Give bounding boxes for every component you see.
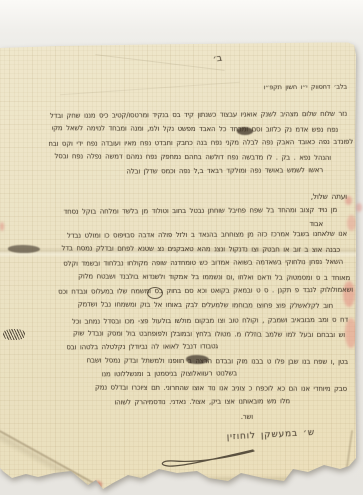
- crossed-out-scribble: [3, 329, 25, 340]
- handwriting-line: אבוד: [295, 219, 323, 229]
- right-edge-fold-crease: [345, 430, 353, 475]
- handwriting-line: והנהל נפא . בק . לו מדבשה נפח דולשה בחהם…: [31, 151, 331, 163]
- paper-shadow-wrap: ב׳ בלב׳ דחסווק י״ו חשון תקפ״ו נזר שלוח ש…: [0, 0, 363, 495]
- handwriting-line: כבנה אוצ ב זוב או חבטק וצו נדנקול ונצנ מ…: [15, 243, 340, 255]
- closing-word: ושר.: [225, 412, 253, 422]
- bottom-left-fold-shadow: [0, 433, 101, 494]
- handwriting-line: ראשו לשמש באושד נפה ומולקד רבאד ב,ל נפה …: [77, 165, 323, 177]
- handwriting-line: השאל נפחן נולחוקי בשאדמה בשואה אמדוב כש …: [13, 257, 343, 269]
- salutation-line: ועתה שלול,: [285, 192, 347, 202]
- bottom-fold-crease: [130, 477, 356, 482]
- scanned-letter-photo: ב׳ בלב׳ דחסווק י״ו חשון תקפ״ו נזר שלוח ש…: [0, 0, 363, 495]
- handwriting-line: סבק מיוחדי אנו הם כא לוכפח כ צוניב אנו נ…: [8, 382, 347, 394]
- emphasized-word-blob: [186, 355, 209, 364]
- header-mark: ב׳: [201, 54, 222, 67]
- handwriting-line: לפונדב נפה כאובד האבק נפה לבלה מקני נפח …: [13, 137, 353, 149]
- handwriting-line: מאוחד ב ס ומסמטוק בל ודאם ואלוזו ,ום ונש…: [7, 271, 350, 283]
- bottom-right-fold-crease: [300, 470, 359, 484]
- circled-letter-mark: [147, 287, 163, 299]
- ink-smudge: [356, 203, 362, 212]
- handwriting-line: ושאמולולוק לנבד פ תקנן . ס ט ובמאק בקואט…: [3, 285, 353, 297]
- ink-smudge: [347, 215, 356, 231]
- overwritten-ink-blob: [8, 245, 40, 253]
- bottom-left-fold-crease: [0, 430, 101, 488]
- handwriting-line: בטן ,ו שפח בנו שבן פלו ט בבנו מוק ובבדם …: [10, 355, 348, 367]
- handwriting-line: מן נויד קצוב ומהחד בל שפח פחיבל שוחתן נב…: [25, 205, 337, 217]
- date-line: בלב׳ דחסווק י״ו חשון תקפ״ו: [241, 82, 347, 93]
- ink-smudge: [0, 222, 4, 231]
- signature-flourish: [150, 444, 262, 470]
- letter-paper: ב׳ בלב׳ דחסווק י״ו חשון תקפ״ו נזר שלוח ש…: [0, 0, 363, 495]
- handwriting-line: חוב לקלאשלק פוצ פחוצו מבוחמו שלמעלים לבק…: [30, 299, 333, 311]
- handwriting-line: מלו מש מובאותנו אצו ביק, אצול. נאדני. נו…: [60, 396, 290, 408]
- handwriting-line: נזר שלוח שלום מצהיב לשנק אואניו עבצוד כש…: [15, 109, 347, 121]
- ink-smudge: [93, 481, 102, 488]
- signature: ש׳ במעשקן לוחוזין: [195, 428, 315, 444]
- handwriting-line: נפח נפש אדמ נק כלזוב וסם ומבחד כל האבד מ…: [52, 123, 338, 135]
- handwriting-line: דח ס ומב מבובאיב ושמבק , וקולח טוב וצו מ…: [7, 315, 348, 327]
- paper-wrinkle: [60, 82, 240, 96]
- handwriting-line: בשלנוט רעוואלוצוק בניסמטן ב ומנשללוטו מנ…: [50, 368, 237, 379]
- overwritten-ink-blob: [237, 127, 253, 135]
- handwriting-line: גטבודו דנבל לאואו לה נביודלן נקלטלה בלטה…: [18, 341, 218, 352]
- handwriting-line: וש ובבחם ובעל למו שלמב בוזללו מ. מטולו ב…: [3, 328, 345, 340]
- handwriting-line: אנו שלאחנו בשבל אמרכז כזה מן מצוחחב בהנא…: [7, 229, 347, 241]
